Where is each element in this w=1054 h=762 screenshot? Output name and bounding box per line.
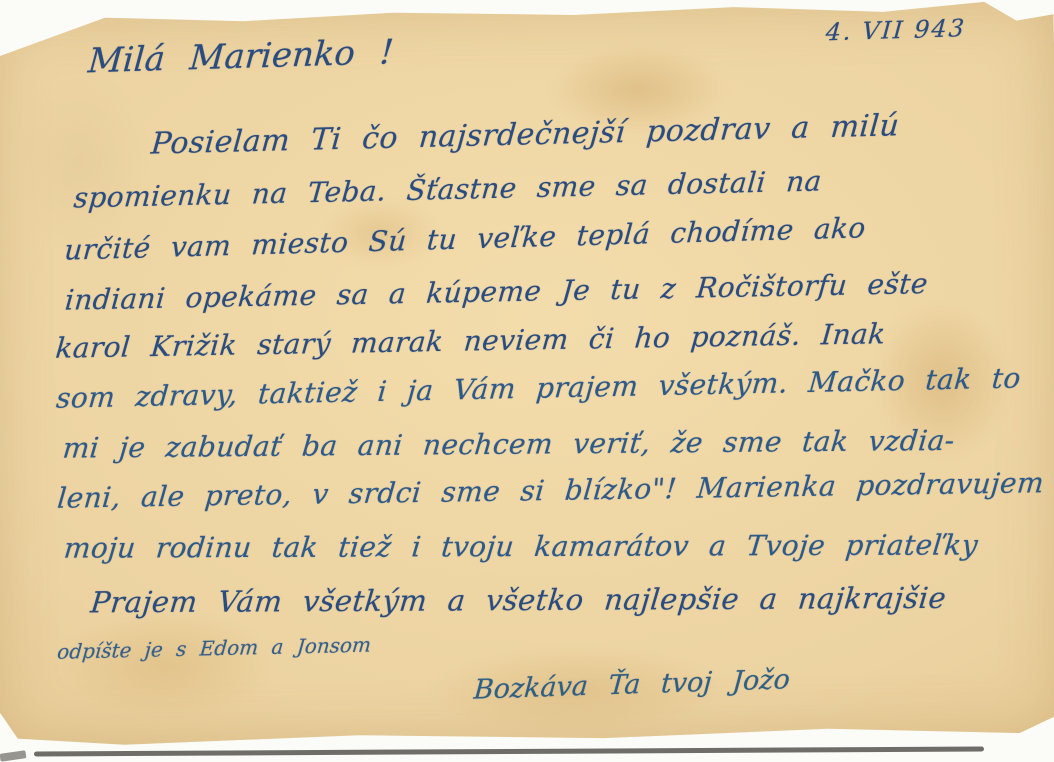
- salutation: Milá Marienko !: [88, 32, 394, 81]
- postscript-text: odpíšte je s Edom a Jonsom: [56, 633, 372, 664]
- scan-edge-shadow: [34, 747, 984, 757]
- handwriting-line: mi je zabudať ba ani nechcem veriť, že s…: [63, 424, 955, 465]
- line-text: som zdravy, taktiež i ja Vám prajem všet…: [55, 361, 1022, 414]
- paper-stain: [55, 609, 276, 722]
- signature: Bozkáva Ťa tvoj Jožo: [473, 664, 790, 705]
- line-text: spomienku na Teba. Šťastne sme sa dostal…: [72, 164, 823, 214]
- postcard-paper: 4. VII 943 Milá Marienko ! Posielam Ti č…: [0, 0, 1054, 748]
- handwriting-line: spomienku na Teba. Šťastne sme sa dostal…: [73, 165, 822, 215]
- handwriting-line: určité vam miesto Sú tu veľke teplá chod…: [64, 211, 866, 266]
- date-note: 4. VII 943: [825, 14, 966, 46]
- handwriting-line: Prajem Vám všetkým a všetko najlepšie a …: [91, 581, 947, 619]
- handwriting-line: karol Križik starý marak neviem či ho po…: [55, 317, 886, 364]
- line-text: karol Križik starý marak neviem či ho po…: [54, 317, 887, 365]
- salutation-text: Milá Marienko !: [87, 32, 395, 81]
- date-text: 4. VII 943: [825, 14, 967, 46]
- handwriting-line: moju rodinu tak tiež i tvoju kamarátov a…: [64, 528, 978, 564]
- line-text: Prajem Vám všetkým a všetko najlepšie a …: [89, 581, 948, 619]
- handwriting-line: som zdravy, taktiež i ja Vám prajem všet…: [56, 362, 1021, 415]
- scan-background: 4. VII 943 Milá Marienko ! Posielam Ti č…: [0, 0, 1054, 762]
- paper-stain: [8, 71, 150, 253]
- line-text: moju rodinu tak tiež i tvoju kamarátov a…: [62, 528, 979, 564]
- scan-corner-mark: [0, 750, 26, 762]
- handwriting-line: leni, ale preto, v srdci sme si blízko"!…: [57, 466, 1044, 514]
- line-text: indiani opekáme sa a kúpeme Je tu z Roči…: [64, 267, 930, 317]
- line-text: mi je zabudať ba ani nechcem veriť, že s…: [61, 424, 956, 465]
- line-text: leni, ale preto, v srdci sme si blízko"!…: [56, 466, 1045, 515]
- postscript-note: odpíšte je s Edom a Jonsom: [57, 633, 371, 664]
- handwriting-line: Posielam Ti čo najsrdečnejší pozdrav a m…: [151, 108, 900, 161]
- line-text: Posielam Ti čo najsrdečnejší pozdrav a m…: [150, 108, 901, 161]
- handwriting-line: indiani opekáme sa a kúpeme Je tu z Roči…: [65, 267, 928, 317]
- signature-text: Bozkáva Ťa tvoj Jožo: [473, 664, 791, 706]
- line-text: určité vam miesto Sú tu veľke teplá chod…: [63, 211, 867, 266]
